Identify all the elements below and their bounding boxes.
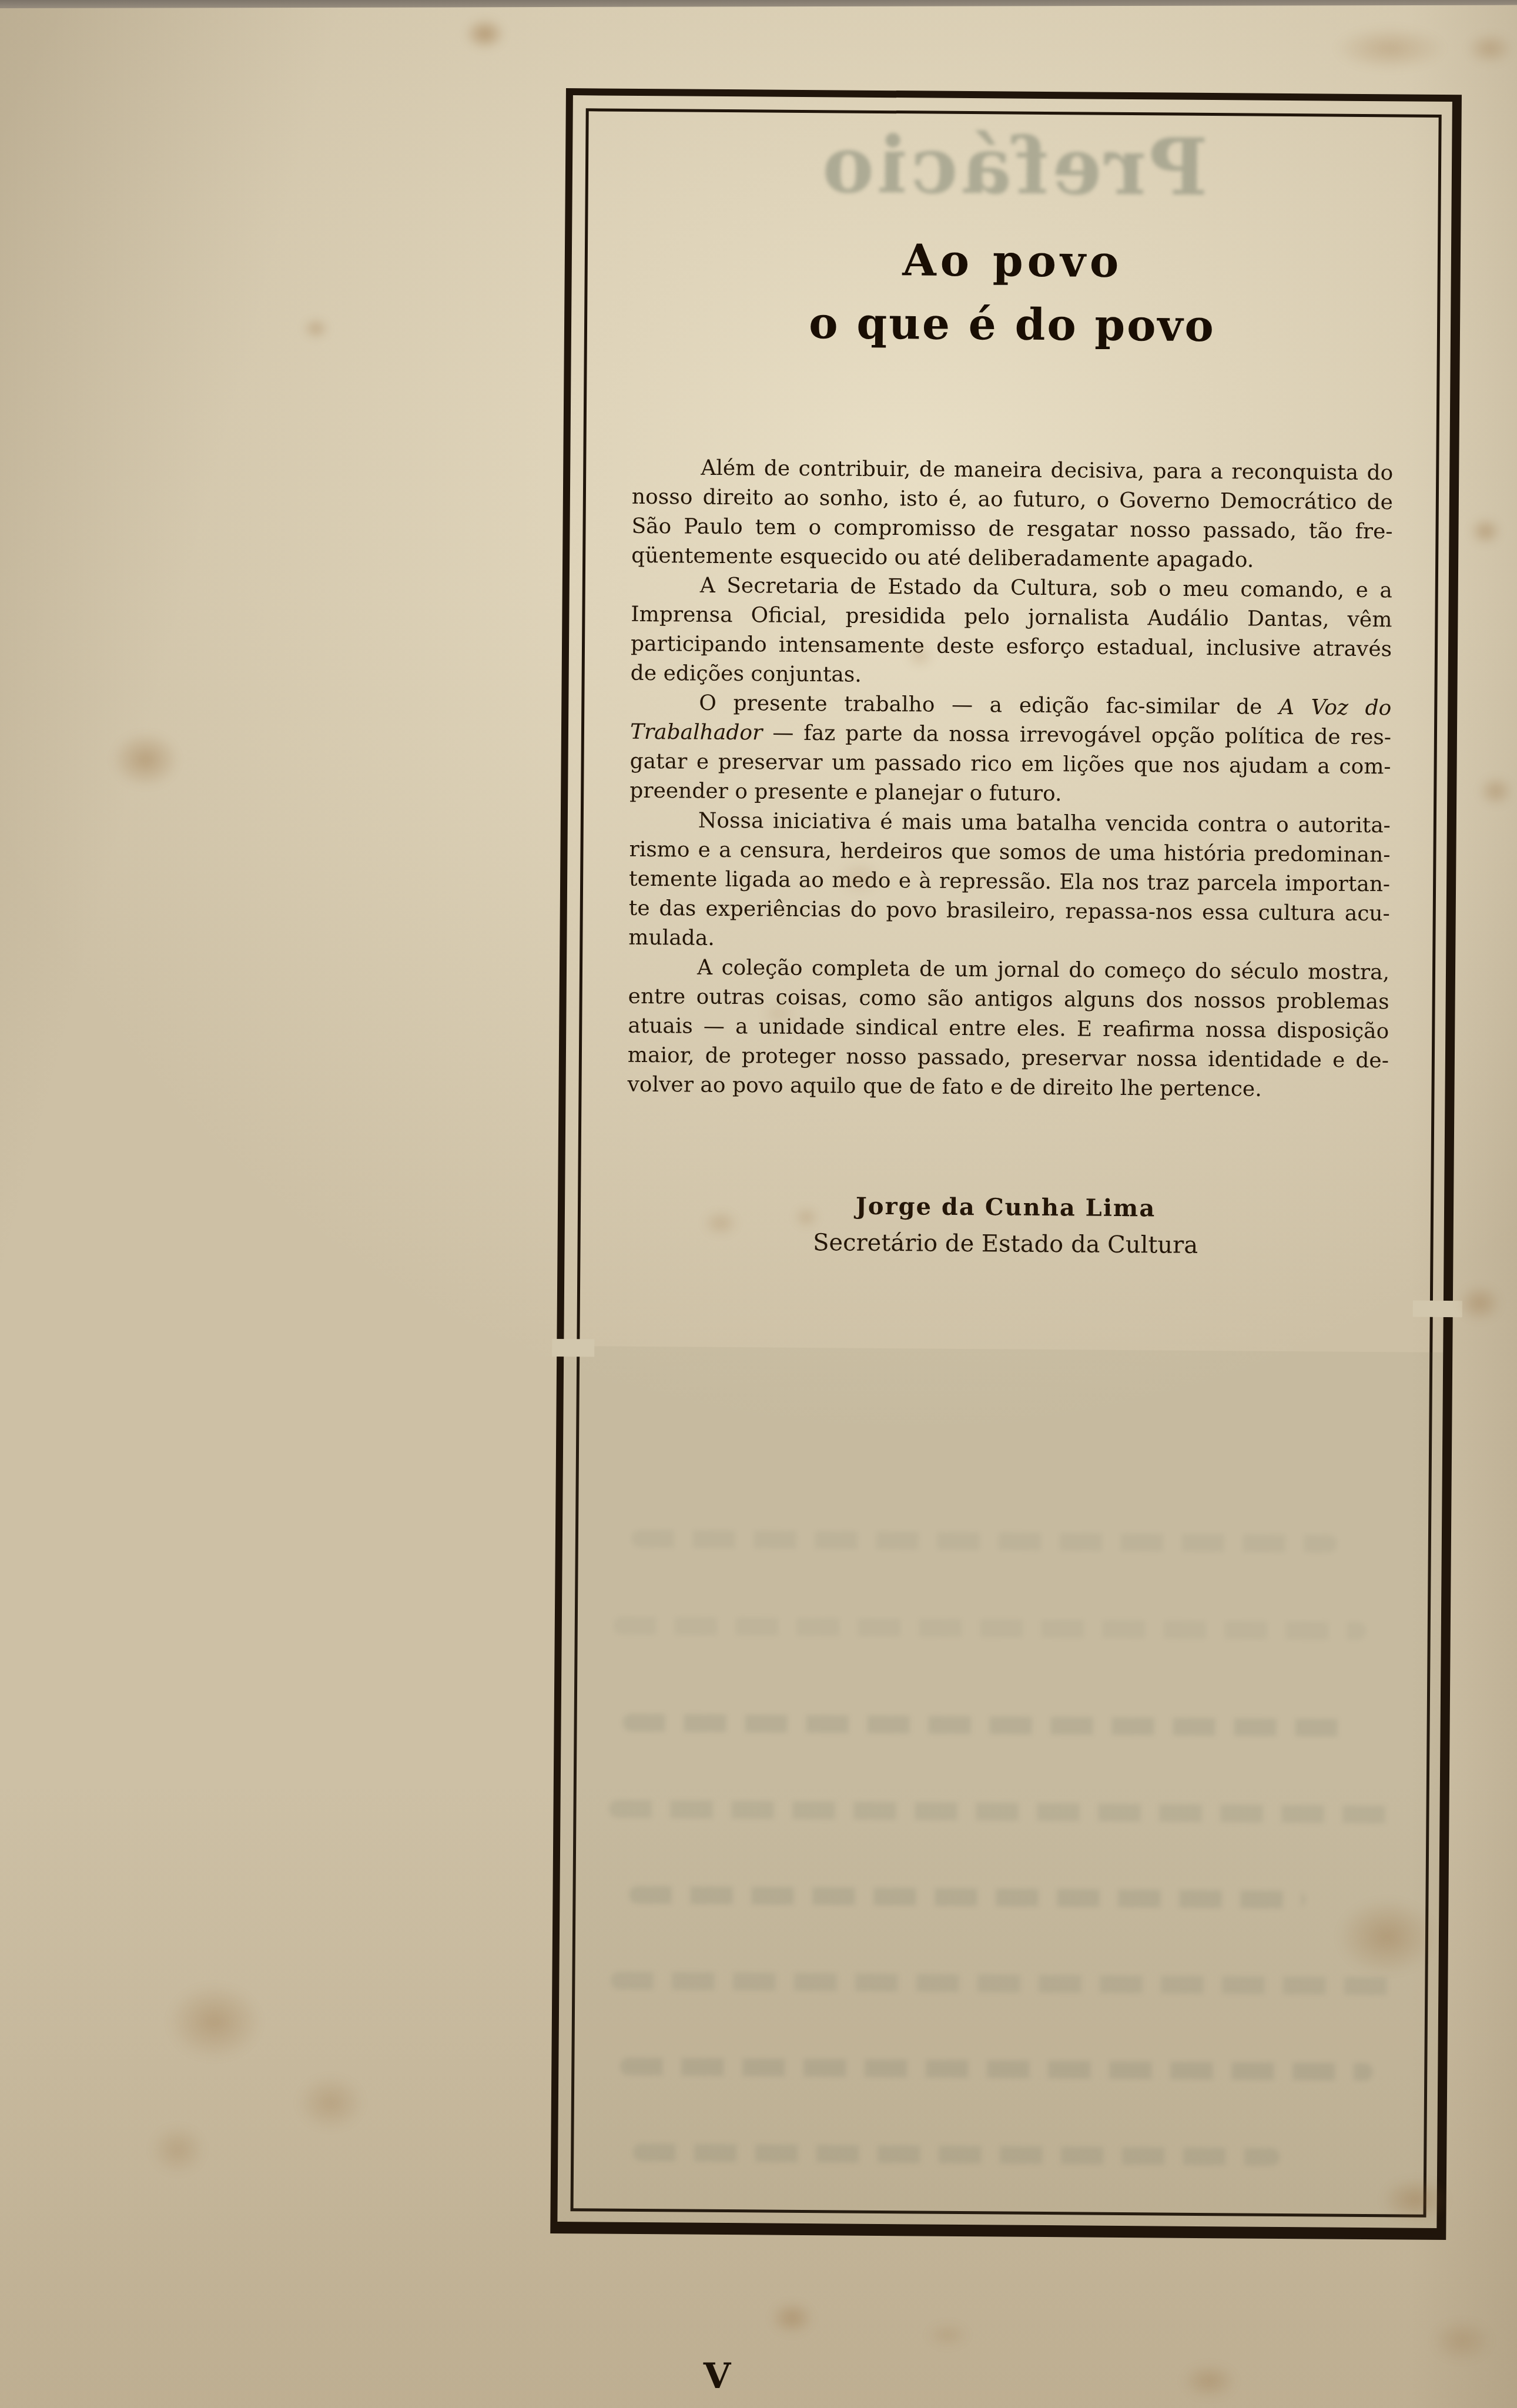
stain [702, 1210, 739, 1237]
preface-body: Além de contribuir, de maneira decisiva,… [627, 453, 1393, 1105]
stain [1478, 776, 1513, 806]
page-frame-area: Prefácio Ao povo o que é do povo Além de… [550, 88, 1462, 2240]
stain [1181, 2363, 1237, 2399]
border-break-right [1413, 1301, 1462, 1318]
stain [112, 732, 179, 788]
scan-seam-tone [557, 1346, 1443, 2228]
stain [761, 999, 796, 1027]
stain [150, 2125, 206, 2175]
stain [926, 2322, 970, 2348]
signature-block: Jorge da Cunha Lima Secretário de Estado… [557, 1186, 1454, 1265]
stain [303, 317, 329, 340]
stain [1334, 26, 1446, 71]
stain [168, 1984, 262, 2060]
border-break-left [552, 1339, 594, 1357]
signature-name: Jorge da Cunha Lima [558, 1186, 1454, 1229]
stain [770, 2301, 814, 2335]
scan-dark-edge [0, 0, 1517, 8]
stain [905, 644, 935, 668]
stain [297, 2075, 364, 2131]
stain [1458, 1284, 1502, 1322]
scanned-book-page: { "document": { "ghost_title": "Prefácio… [0, 0, 1517, 2408]
preface-title-line2: o que é do povo [564, 300, 1461, 350]
preface-title-line1: Ao povo [565, 236, 1461, 286]
stain [793, 1206, 819, 1228]
stain [838, 861, 882, 895]
stain [464, 18, 505, 50]
stain [1466, 32, 1513, 65]
stain [1381, 2178, 1449, 2222]
stain [1431, 2319, 1493, 2363]
stain [1337, 1898, 1437, 1975]
signature-role: Secretário de Estado da Cultura [557, 1223, 1453, 1265]
body-line: te das experiências do povo brasileiro, … [629, 894, 1390, 929]
body-line: volver ao povo aquilo que de fato e de d… [627, 1070, 1388, 1105]
stain [1469, 517, 1502, 545]
